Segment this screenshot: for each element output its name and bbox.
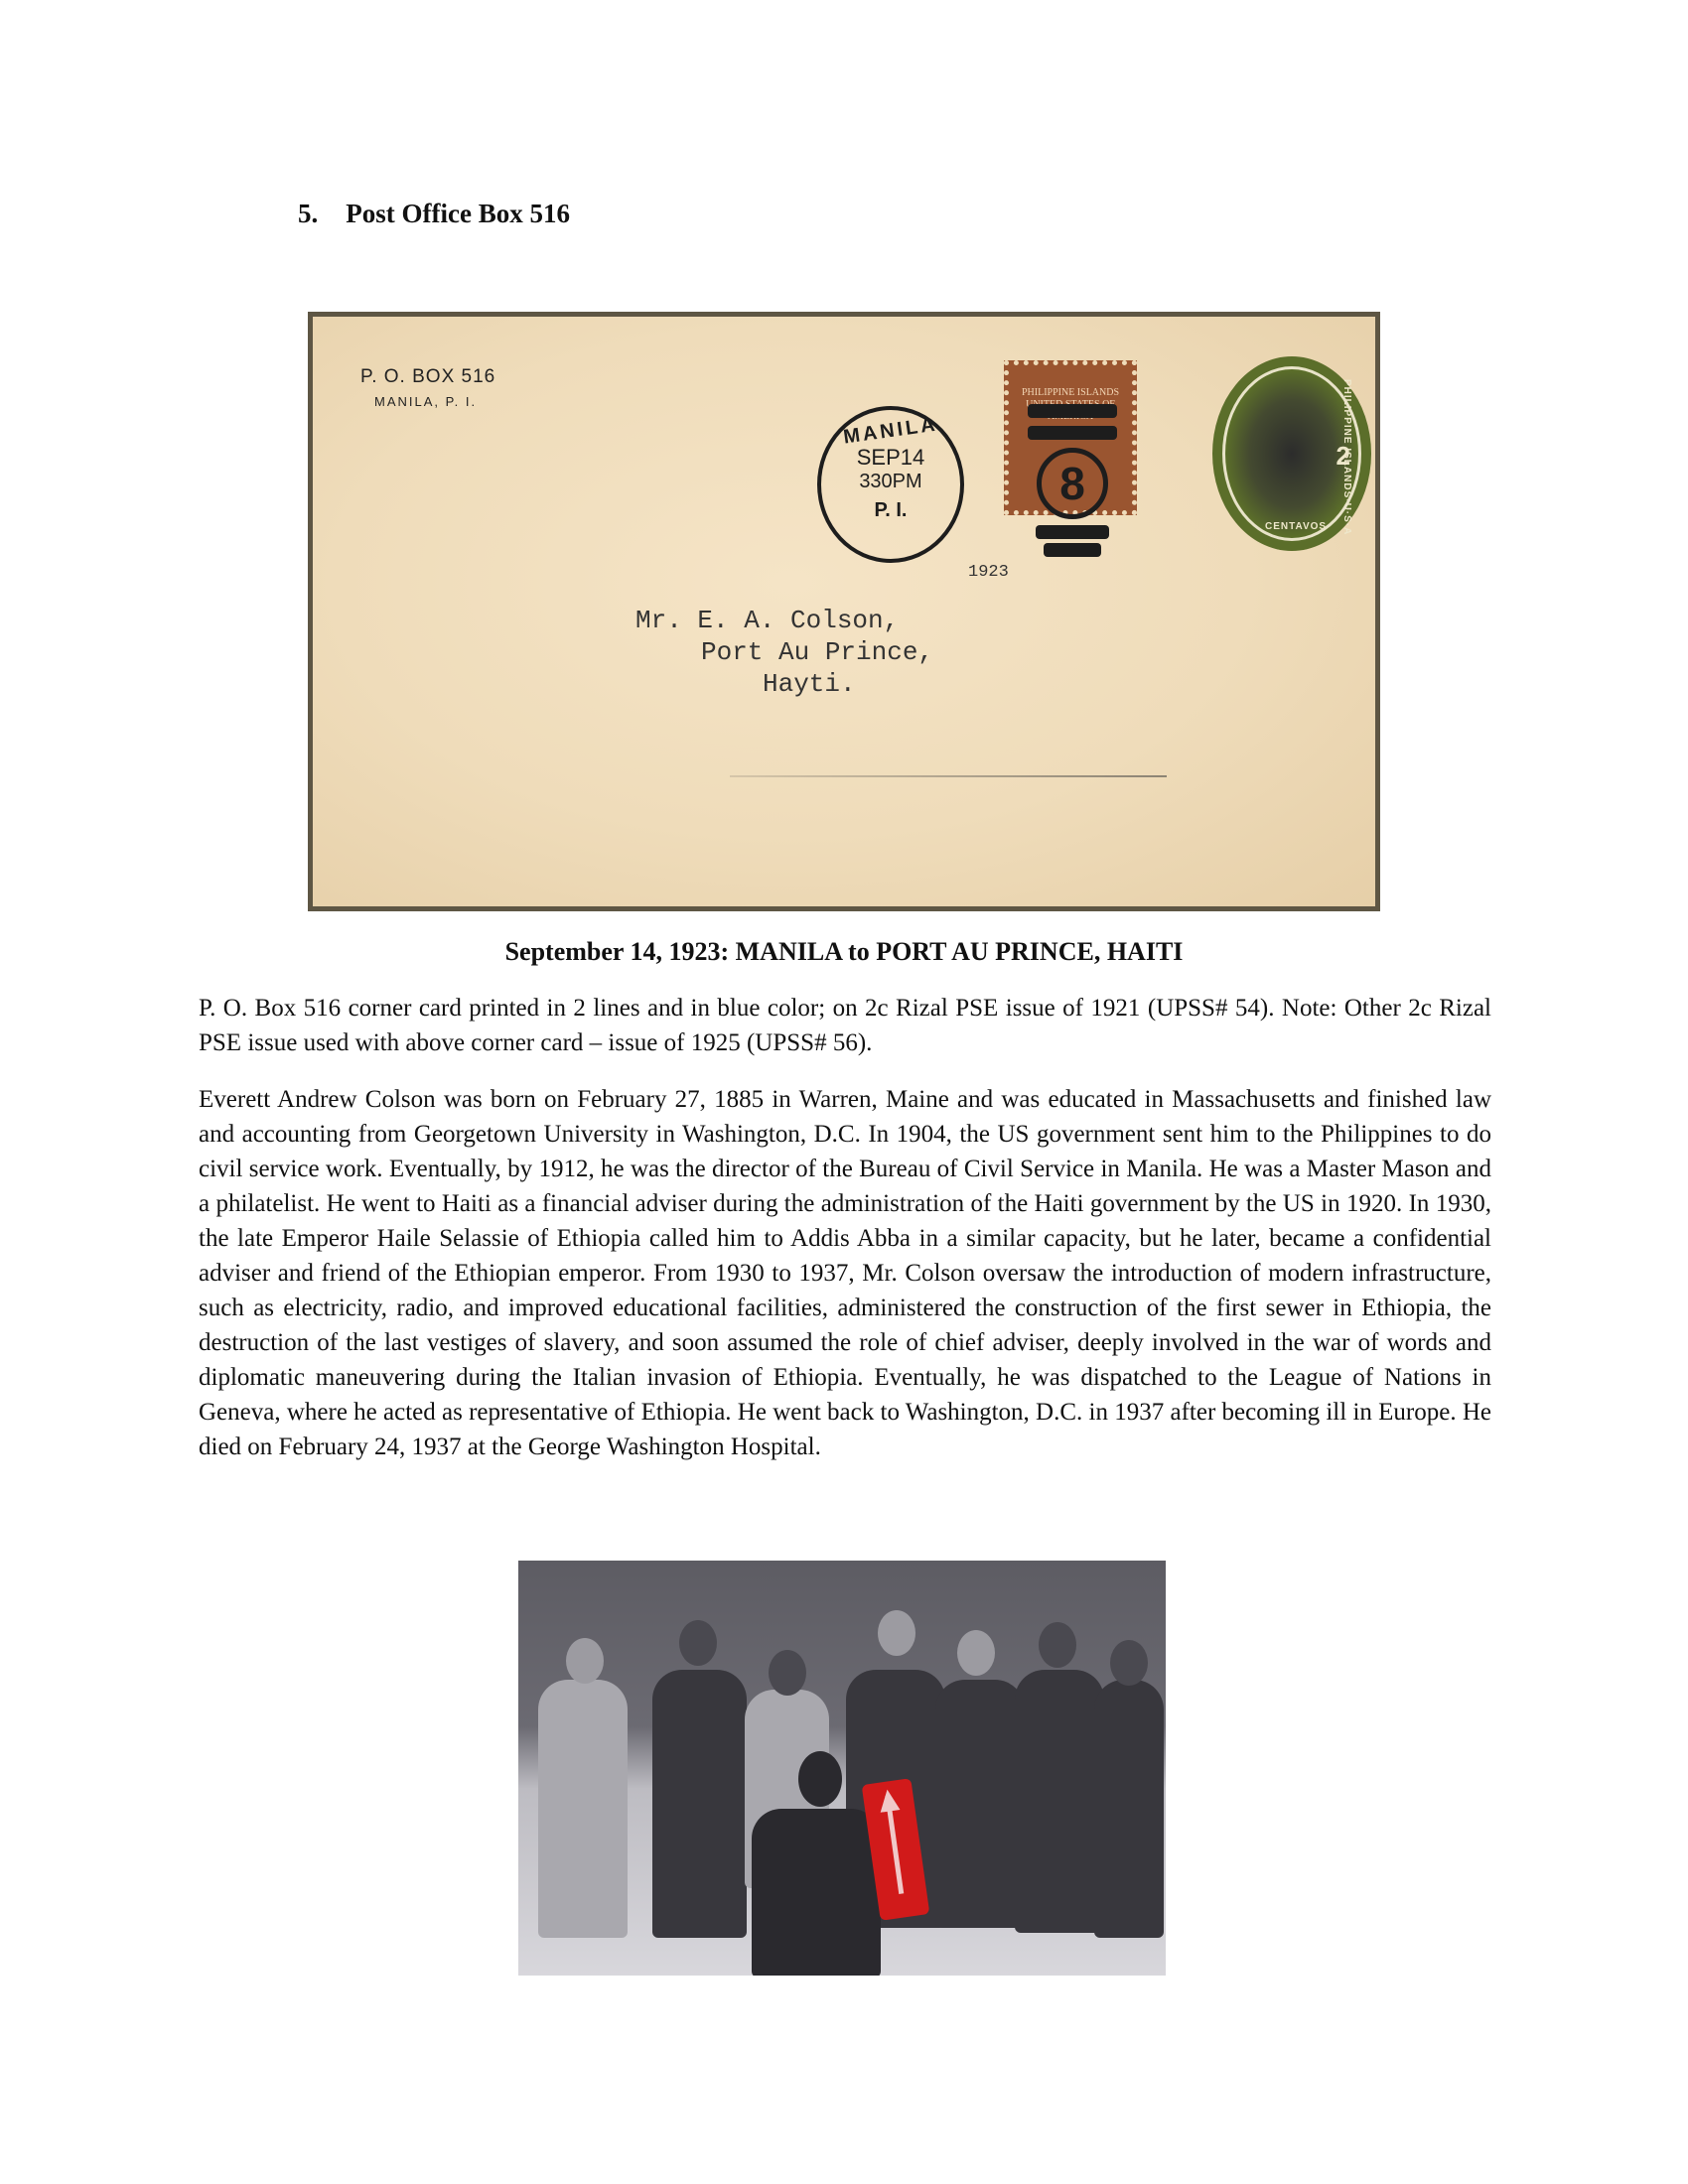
section-heading: 5. Post Office Box 516 bbox=[298, 199, 570, 229]
rizal-portrait-icon: PHILIPPINE ISLANDS·U·S·A 2 CENTAVOS bbox=[1222, 366, 1361, 541]
envelope-caption: September 14, 1923: MANILA to PORT AU PR… bbox=[0, 937, 1688, 967]
section-number: 5. bbox=[298, 199, 318, 229]
corner-card-line2: MANILA, P. I. bbox=[374, 394, 495, 409]
envelope-image: P. O. BOX 516 MANILA, P. I. MANILA SEP14… bbox=[308, 312, 1380, 911]
group-photograph bbox=[518, 1561, 1166, 1976]
paragraph-biography: Everett Andrew Colson was born on Februa… bbox=[199, 1082, 1491, 1464]
address-line3: Hayti. bbox=[763, 668, 933, 700]
rizal-indicia-stamp: PHILIPPINE ISLANDS·U·S·A 2 CENTAVOS bbox=[1212, 356, 1371, 551]
postmark-province: P. I. bbox=[821, 499, 960, 522]
indicia-denomination: 2 bbox=[1336, 441, 1350, 472]
killer-number: 8 bbox=[1037, 448, 1108, 519]
address-line1: Mr. E. A. Colson, bbox=[635, 605, 933, 636]
address-line2: Port Au Prince, bbox=[701, 636, 933, 668]
killer-cancel: 8 bbox=[1018, 396, 1127, 595]
indicia-currency: CENTAVOS bbox=[1265, 521, 1327, 532]
paragraph-corner-card: P. O. Box 516 corner card printed in 2 l… bbox=[199, 991, 1491, 1060]
recipient-address: Mr. E. A. Colson, Port Au Prince, Hayti. bbox=[635, 605, 933, 700]
envelope: P. O. BOX 516 MANILA, P. I. MANILA SEP14… bbox=[313, 317, 1375, 906]
postmark-time: 330PM bbox=[821, 471, 960, 493]
corner-card-line1: P. O. BOX 516 bbox=[360, 366, 495, 388]
postmark-year: 1923 bbox=[968, 563, 1009, 582]
corner-card: P. O. BOX 516 MANILA, P. I. bbox=[360, 366, 495, 409]
manila-postmark: MANILA SEP14 330PM P. I. bbox=[817, 406, 964, 563]
pencil-line bbox=[730, 775, 1167, 777]
section-title: Post Office Box 516 bbox=[346, 199, 570, 229]
